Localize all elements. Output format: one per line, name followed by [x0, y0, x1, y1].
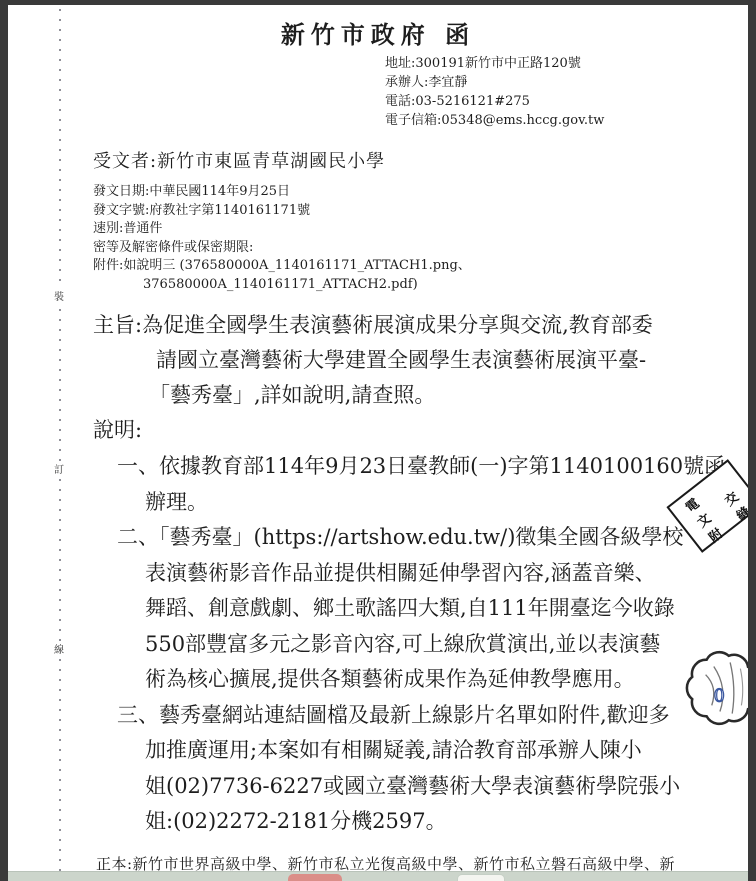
- binding-mark-xian: 線: [51, 641, 67, 656]
- toolbar-white-button[interactable]: [457, 874, 505, 881]
- contact-block: 地址:300191新竹市中正路120號 承辦人:李宜靜 電話:03-521612…: [385, 54, 604, 130]
- meta-block: 發文日期:中華民國114年9月25日 發文字號:府教社字第1140161171號…: [93, 183, 471, 295]
- item1-line-2: 辦理。: [145, 485, 725, 521]
- explanation-label: 說明:: [93, 413, 142, 448]
- item1-line-1: 一、依據教育部114年9月23日臺教師(一)字第1140100160號函: [117, 449, 725, 485]
- item2-line-3: 舞蹈、創意戲劇、鄉土歌謠四大類,自111年開臺迄今收錄: [145, 591, 725, 627]
- item2-line-1: 二、「藝秀臺」(https://artshow.edu.tw/)徵集全國各級學校: [117, 520, 725, 556]
- bottom-toolbar-strip: [8, 871, 748, 881]
- official-seal-icon: 0: [677, 642, 748, 734]
- item2-line-5: 術為核心擴展,提供各類藝術成果作為延伸教學應用。: [145, 662, 725, 698]
- binding-mark-ding: 訂: [51, 461, 67, 476]
- subject-line-2: 請國立臺灣藝術大學建置全國學生表演藝術展演平臺-: [156, 343, 653, 378]
- subject-line-1: 主旨:為促進全國學生表演藝術展演成果分享與交流,教育部委: [93, 308, 653, 343]
- subject-line-3: 「藝秀臺」,詳如說明,請查照。: [149, 378, 653, 413]
- meta-security: 密等及解密條件或保密期限:: [93, 239, 471, 258]
- seal-digit: 0: [714, 686, 725, 706]
- document-title: 新竹市政府 函: [8, 15, 748, 50]
- item3-line-2: 加推廣運用;本案如有相關疑義,請洽教育部承辦人陳小: [145, 733, 725, 769]
- item3-line-1: 三、藝秀臺網站連結圖檔及最新上線影片名單如附件,歡迎多: [117, 698, 725, 734]
- contact-person: 承辦人:李宜靜: [385, 73, 604, 92]
- subject-block: 主旨:為促進全國學生表演藝術展演成果分享與交流,教育部委 請國立臺灣藝術大學建置…: [93, 308, 653, 413]
- meta-date: 發文日期:中華民國114年9月25日: [93, 183, 471, 202]
- toolbar-red-button[interactable]: [288, 874, 342, 881]
- item2-line-2: 表演藝術影音作品並提供相關延伸學習內容,涵蓋音樂、: [145, 556, 725, 592]
- item3-line-4: 姐:(02)2272-2181分機2597。: [145, 804, 725, 840]
- binding-mark-zhuang: 裝: [51, 288, 67, 303]
- explanation-items: 一、依據教育部114年9月23日臺教師(一)字第1140100160號函 辦理。…: [93, 449, 725, 840]
- item3-line-3: 姐(02)7736-6227或國立臺灣藝術大學表演藝術學院張小: [145, 769, 725, 805]
- meta-attachment-line-1: 附件:如說明三 (376580000A_1140161171_ATTACH1.p…: [93, 257, 471, 276]
- meta-attachment-line-2: 376580000A_1140161171_ATTACH2.pdf): [143, 276, 471, 295]
- meta-doc-number: 發文字號:府教社字第1140161171號: [93, 202, 471, 221]
- recipient-line: 受文者:新竹市東區青草湖國民小學: [93, 147, 385, 173]
- binding-dotted-line: [59, 9, 61, 871]
- document-page: 裝 訂 線 新竹市政府 函 地址:300191新竹市中正路120號 承辦人:李宜…: [8, 5, 748, 881]
- contact-address: 地址:300191新竹市中正路120號: [385, 54, 604, 73]
- contact-phone: 電話:03-5216121#275: [385, 92, 604, 111]
- contact-email: 電子信箱:05348@ems.hccg.gov.tw: [385, 111, 604, 130]
- item2-line-4: 550部豐富多元之影音內容,可上線欣賞演出,並以表演藝: [145, 627, 725, 663]
- meta-speed: 速別:普通件: [93, 220, 471, 239]
